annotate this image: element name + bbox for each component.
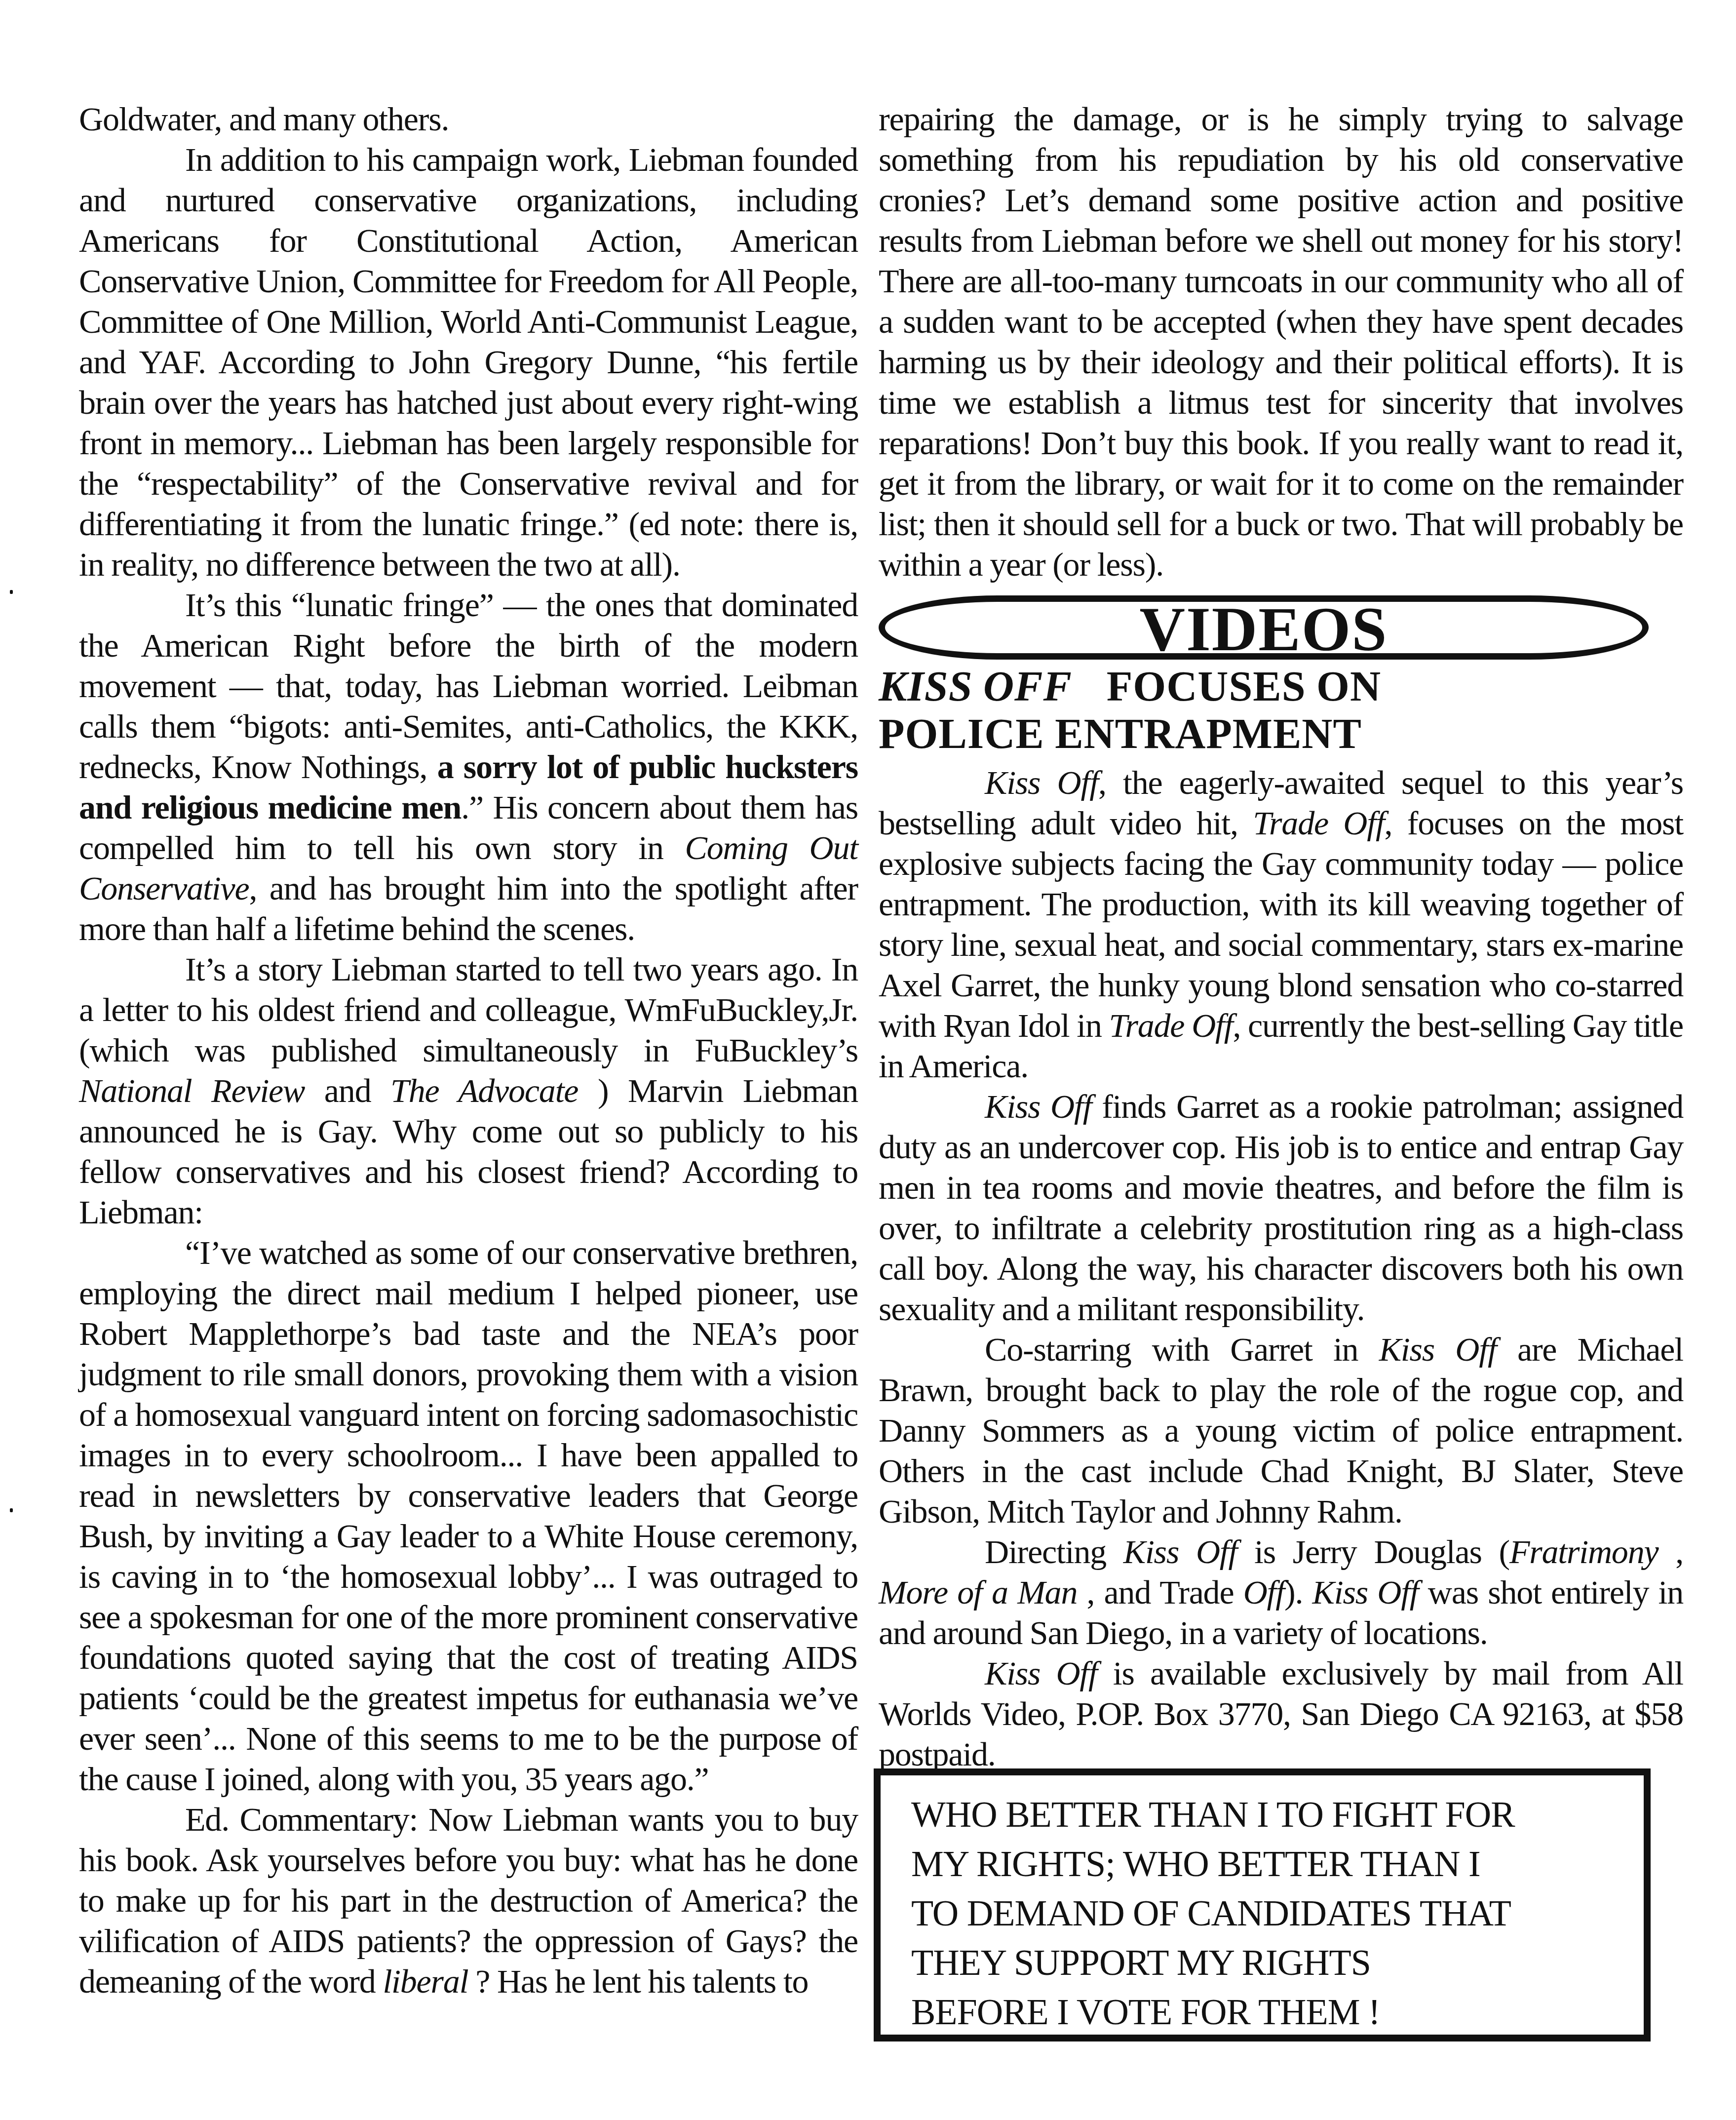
- slogan-line: MY RIGHTS; WHO BETTER THAN I: [911, 1840, 1644, 1889]
- text-run: ? Has he lent his talents to: [468, 1963, 808, 2000]
- headline-line-2: POLICE ENTRAPMENT: [879, 710, 1683, 757]
- videos-section-banner: VIDEOS: [879, 595, 1649, 660]
- headline-title-italic: KISS OFF: [879, 663, 1072, 710]
- right-article-column: repairing the damage, or is he simply tr…: [879, 99, 1683, 1774]
- continuation-paragraph: repairing the damage, or is he simply tr…: [879, 99, 1683, 585]
- article-paragraph: Ed. Commentary: Now Liebman wants you to…: [79, 1799, 858, 2002]
- slogan-line: THEY SUPPORT MY RIGHTS: [911, 1938, 1644, 1988]
- text-run: and: [305, 1072, 390, 1109]
- text-run: In addition to his campaign work, Liebma…: [79, 141, 858, 583]
- article-paragraph: In addition to his campaign work, Liebma…: [79, 139, 858, 585]
- headline-line-1-rest: FOCUSES ON: [1107, 663, 1381, 710]
- scan-speck: [10, 1508, 13, 1512]
- italic-title: Kiss Off: [985, 1088, 1091, 1125]
- videos-article-body: Kiss Off, the eagerly-awaited sequel to …: [879, 762, 1683, 1774]
- text-run: Directing: [985, 1533, 1123, 1570]
- article-paragraph: Kiss Off is available exclusively by mai…: [879, 1653, 1683, 1774]
- italic-title: Kiss Off: [1312, 1573, 1419, 1611]
- italic-title: liberal: [383, 1963, 468, 2000]
- article-paragraph: Co-starring with Garret in Kiss Off are …: [879, 1329, 1683, 1531]
- article-headline: KISS OFFFOCUSES ON POLICE ENTRAPMENT: [879, 663, 1683, 757]
- text-run: It’s a story Liebman started to tell two…: [79, 950, 858, 1069]
- text-run: Goldwater, and many others.: [79, 100, 449, 138]
- slogan-box: WHO BETTER THAN I TO FIGHT FOR MY RIGHTS…: [874, 1768, 1651, 2041]
- text-run: , and Trade: [1077, 1573, 1243, 1611]
- italic-title: Trade Off: [1109, 1007, 1233, 1044]
- italic-title: National Review: [79, 1072, 305, 1109]
- italic-title: More of a Man: [879, 1573, 1077, 1611]
- text-run: is Jerry Douglas (: [1237, 1533, 1509, 1570]
- text-run: ).: [1284, 1573, 1312, 1611]
- article-paragraph: Kiss Off, the eagerly-awaited sequel to …: [879, 762, 1683, 1086]
- scan-speck: [10, 590, 13, 594]
- article-paragraph: It’s a story Liebman started to tell two…: [79, 949, 858, 1232]
- italic-title: Trade Off: [1253, 804, 1384, 842]
- left-article-column: Goldwater, and many others.In addition t…: [79, 99, 858, 2002]
- slogan-line: TO DEMAND OF CANDIDATES THAT: [911, 1889, 1644, 1938]
- italic-title: Kiss Off: [985, 764, 1098, 801]
- headline-line-1: KISS OFFFOCUSES ON: [879, 663, 1683, 710]
- section-title: VIDEOS: [1140, 597, 1388, 661]
- italic-title: The Advocate: [390, 1072, 578, 1109]
- italic-title: Off: [1243, 1573, 1284, 1611]
- italic-title: Kiss Off: [1123, 1533, 1237, 1570]
- article-paragraph: Directing Kiss Off is Jerry Douglas (Fra…: [879, 1531, 1683, 1653]
- italic-title: Kiss Off: [1379, 1331, 1497, 1368]
- article-paragraph: Goldwater, and many others.: [79, 99, 858, 139]
- article-paragraph: Kiss Off finds Garret as a rookie patrol…: [879, 1086, 1683, 1329]
- slogan-line: BEFORE I VOTE FOR THEM !: [911, 1988, 1644, 2037]
- text-run: ,: [1658, 1533, 1683, 1570]
- text-run: “I’ve watched as some of our conservativ…: [79, 1234, 858, 1798]
- italic-title: Kiss Off: [985, 1654, 1097, 1692]
- article-paragraph: “I’ve watched as some of our conservativ…: [79, 1232, 858, 1799]
- italic-title: Fratrimony: [1509, 1533, 1659, 1570]
- slogan-line: WHO BETTER THAN I TO FIGHT FOR: [911, 1790, 1644, 1840]
- article-paragraph: It’s this “lunatic fringe” — the ones th…: [79, 585, 858, 949]
- text-run: Co-starring with Garret in: [985, 1331, 1379, 1368]
